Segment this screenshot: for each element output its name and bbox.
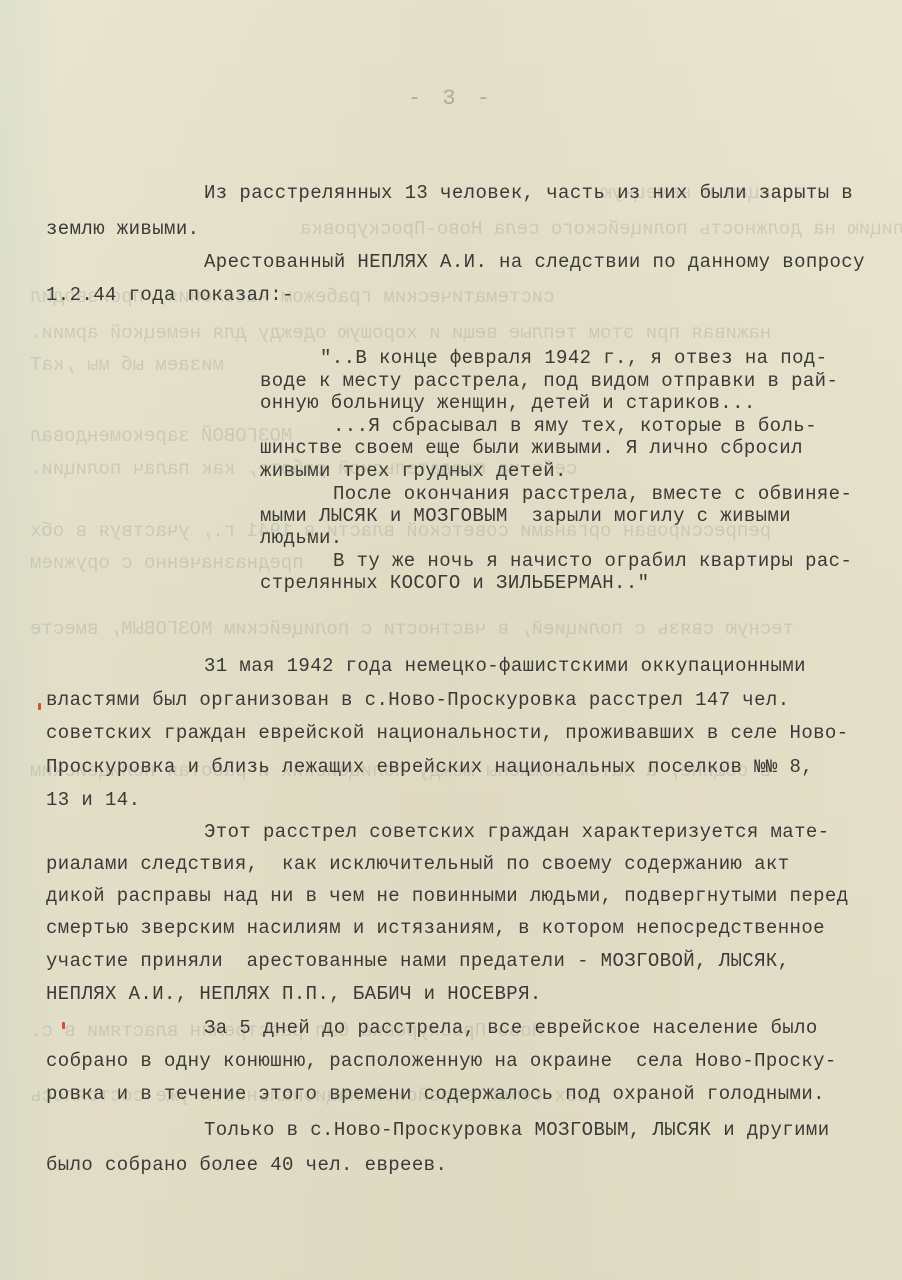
text-line: землю живыми. [46, 218, 199, 240]
quote-line: воде к месту расстрела, под видом отправ… [260, 370, 838, 392]
quote-line: онную больницу женщин, детей и стариков.… [260, 392, 756, 414]
text-line: дикой расправы над ни в чем не повинными… [46, 885, 849, 907]
text-line: Только в с.Ново-Проскуровка МОЗГОВЫМ, ЛЫ… [204, 1119, 830, 1141]
text-line: собрано в одну конюшню, расположенную на… [46, 1050, 837, 1072]
bleed-through-text: мизаем ыб мы ,каТ [30, 354, 224, 376]
bleed-through-text: наживая при этом теплые вещи и хорошую о… [30, 322, 771, 344]
text-line: Из расстрелянных 13 человек, часть из ни… [204, 182, 853, 204]
text-line: Проскуровка и близь лежащих еврейских на… [46, 756, 813, 778]
text-line: было собрано более 40 чел. евреев. [46, 1154, 447, 1176]
quote-line: "..В конце февраля 1942 г., я отвез на п… [320, 347, 827, 369]
text-line: 1.2.44 года показал:- [46, 284, 294, 306]
document-page: - 3 - полицаи в немецкую полицию на долж… [0, 0, 902, 1280]
text-line: 13 и 14. [46, 789, 140, 811]
bleed-through-text: МОЗГОВОЙ зарекомендовал [30, 425, 292, 447]
margin-mark [62, 1022, 65, 1029]
text-line: риалами следствия, как исключительный по… [46, 853, 790, 875]
text-line: Этот расстрел советских граждан характер… [204, 821, 830, 843]
page-number: - 3 - [0, 86, 902, 111]
text-line: советских граждан еврейской национальнос… [46, 722, 849, 744]
text-line: Арестованный НЕПЛЯХ А.И. на следствии по… [204, 251, 865, 273]
quote-line: После окончания расстрела, вместе с обви… [333, 483, 852, 505]
margin-mark [38, 703, 41, 710]
quote-line: стрелянных КОСОГО и ЗИЛЬБЕРМАН.." [260, 572, 649, 594]
text-line: смертью зверским насилиям и истязаниям, … [46, 917, 825, 939]
text-line: За 5 дней до расстрела, все еврейское на… [204, 1017, 818, 1039]
text-line: НЕПЛЯХ А.И., НЕПЛЯХ П.П., БАБИЧ и НОСЕВР… [46, 983, 542, 1005]
text-line: 31 мая 1942 года немецко-фашистскими окк… [204, 655, 806, 677]
text-line: ровка и в течение этого времени содержал… [46, 1083, 825, 1105]
text-line: участие приняли арестованные нами предат… [46, 950, 790, 972]
quote-line: людьми. [260, 527, 343, 549]
quote-line: шинстве своем еще были живыми. Я лично с… [260, 437, 803, 459]
quote-line: ...Я сбрасывал в яму тех, которые в боль… [333, 415, 817, 437]
quote-line: мыми ЛЫСЯК и МОЗГОВЫМ зарыли могилу с жи… [260, 505, 791, 527]
bleed-through-text: полицию на должность полицейского села Н… [300, 218, 902, 240]
quote-line: В ту же ночь я начисто ограбил квартиры … [333, 550, 852, 572]
quote-line: живыми трех грудных детей. [260, 460, 567, 482]
bleed-through-text: предназначенно с оружием [30, 552, 304, 574]
text-line: властями был организован в с.Ново-Проску… [46, 689, 790, 711]
bleed-through-text: тесную связь с полицией, в частности с п… [30, 618, 794, 640]
